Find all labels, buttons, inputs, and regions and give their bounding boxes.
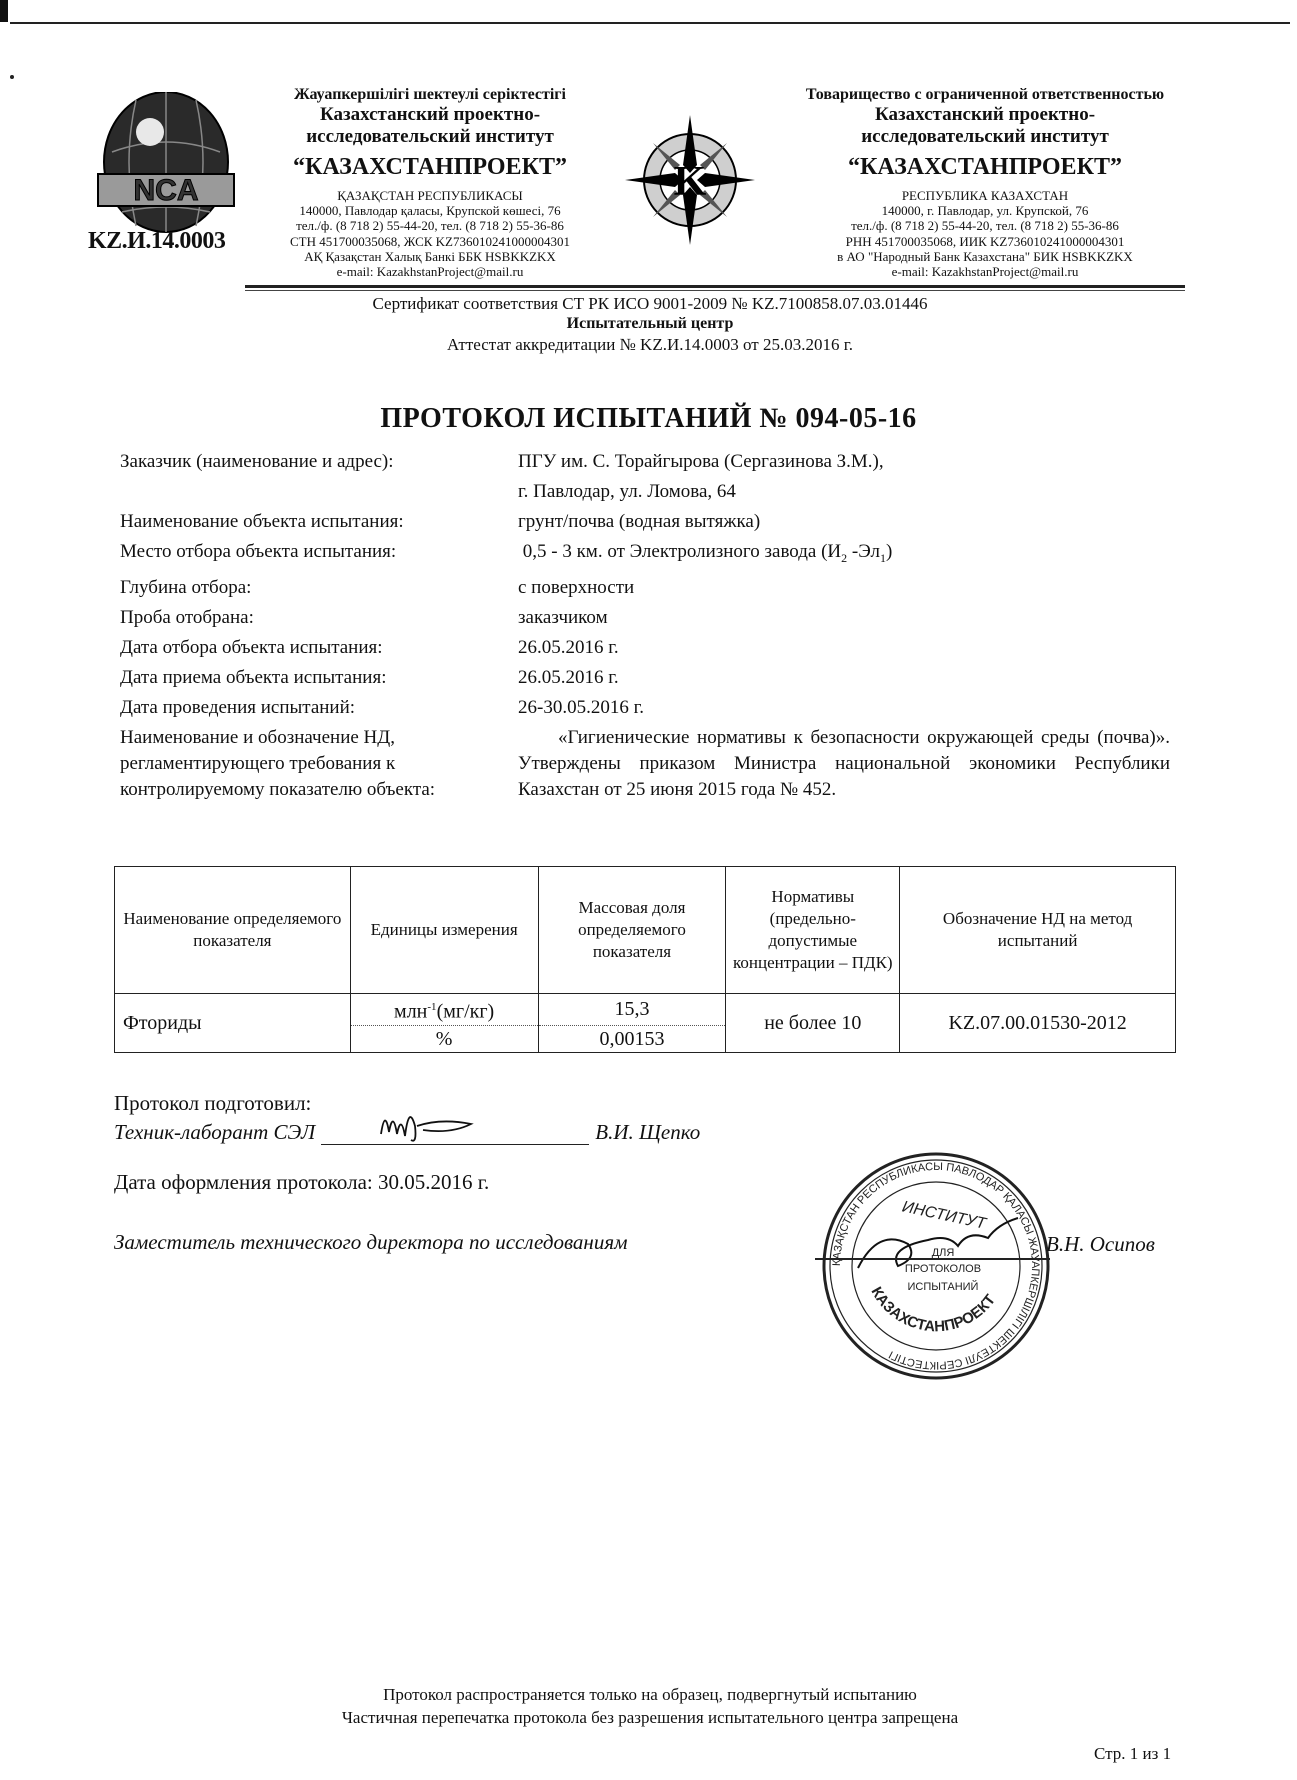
bank: АҚ Қазақстан Халық Банкі ББК HSBKKZKX [250,249,610,264]
field-sampling-date: Дата отбора объекта испытания: 26.05.201… [120,633,1170,663]
field-value: 0,5 - 3 км. от Электролизного завода (И2… [518,537,1170,573]
email: e-mail: KazakhstanProject@mail.ru [250,264,610,279]
col-header-norms: Нормативы (предельно-допустимые концентр… [726,867,900,994]
field-label: Дата отбора объекта испытания: [120,633,518,663]
field-customer: Заказчик (наименование и адрес): ПГУ им.… [120,447,1170,507]
field-value: ПГУ им. С. Торайгырова (Сергазинова З.М.… [518,447,1170,477]
org-type-kz: Жауапкершілігі шектеулі серіктестігі [250,86,610,104]
certificate-line: Сертификат соответствия СТ РК ИСО 9001-2… [200,293,1100,314]
field-normative-document: Наименование и обозначение НД, регламент… [120,725,1170,803]
technician-name: В.И. Щепко [595,1120,700,1145]
cell-norm: не более 10 [726,994,900,1053]
tax-ids: РНН 451700035068, ИИК KZ7360102410000043… [765,234,1205,249]
field-label: Заказчик (наименование и адрес): [120,447,518,507]
page-number: Стр. 1 из 1 [1094,1744,1171,1764]
handwritten-signature-icon [371,1104,481,1146]
country: РЕСПУБЛИКА КАЗАХСТАН [765,188,1205,203]
compass-k-logo-icon: K [625,115,755,245]
deputy-role: Заместитель технического директора по ис… [114,1230,628,1255]
scan-top-edge [10,22,1290,24]
field-value: грунт/почва (водная вытяжка) [518,507,1170,537]
cell-value-percent: 0,00153 [538,1025,726,1052]
footer-line-1: Протокол распространяется только на обра… [200,1684,1100,1707]
signature-underline [321,1118,589,1145]
cell-unit-percent: % [350,1025,538,1052]
phones: тел./ф. (8 718 2) 55-44-20, тел. (8 718 … [250,218,610,233]
globe-logo-icon: NCA [92,92,240,240]
cell-method: KZ.07.00.01530-2012 [900,994,1176,1053]
bank: в АО "Народный Банк Казахстана" БИК HSBK… [765,249,1205,264]
org-brand: “КАЗАХСТАНПРОЕКТ” [250,154,610,182]
cell-unit-mgkg: млн-1(мг/кг) [350,994,538,1026]
field-sampled-by: Проба отобрана: заказчиком [120,603,1170,633]
country: ҚАЗАҚСТАН РЕСПУБЛИКАСЫ [250,188,610,203]
field-testing-dates: Дата проведения испытаний: 26-30.05.2016… [120,693,1170,723]
svg-text:ИНСТИТУТ: ИНСТИТУТ [901,1198,989,1233]
col-header-mass-fraction: Массовая доля определяемого показателя [538,867,726,994]
field-value: 26.05.2016 г. [518,663,1170,693]
table-header-row: Наименование определяемого показателя Ед… [115,867,1176,994]
certificate-block: Сертификат соответствия СТ РК ИСО 9001-2… [200,293,1100,356]
field-object-name: Наименование объекта испытания: грунт/по… [120,507,1170,537]
col-header-method: Обозначение НД на метод испытаний [900,867,1176,994]
field-value: 26-30.05.2016 г. [518,693,1170,723]
field-receipt-date: Дата приема объекта испытания: 26.05.201… [120,663,1170,693]
org-type-ru: Товарищество с ограниченной ответственно… [765,86,1205,104]
org-name-line1: Казахстанский проектно- [250,104,610,126]
deputy-name: В.Н. Осипов [1046,1232,1155,1257]
test-center-label: Испытательный центр [200,314,1100,334]
field-value-address: г. Павлодар, ул. Ломова, 64 [518,477,1170,507]
org-name-line2: исследовательский институт [250,126,610,148]
col-header-indicator: Наименование определяемого показателя [115,867,351,994]
page-title: ПРОТОКОЛ ИСПЫТАНИЙ № 094-05-16 [0,403,1297,435]
field-label: Наименование объекта испытания: [120,507,518,537]
protocol-fields: Заказчик (наименование и адрес): ПГУ им.… [120,447,1170,803]
cell-indicator: Фториды [115,994,351,1053]
scan-speck [10,75,14,79]
cell-value-mgkg: 15,3 [538,994,726,1026]
field-value: «Гигиенические нормативы к безопасности … [518,725,1170,803]
field-depth: Глубина отбора: с поверхности [120,573,1170,603]
scan-corner-mark [0,0,8,22]
deputy-signature-line [815,1258,1050,1260]
field-label: Наименование и обозначение НД, регламент… [120,725,455,803]
field-value: заказчиком [518,603,1170,633]
header-divider [245,285,1185,291]
org-brand: “КАЗАХСТАНПРОЕКТ” [765,154,1205,182]
svg-text:ИСПЫТАНИЙ: ИСПЫТАНИЙ [908,1280,979,1293]
address: 140000, Павлодар қаласы, Крупской көшесі… [250,203,610,218]
tax-ids: СТН 451700035068, ЖСК KZ7360102410000043… [250,234,610,249]
field-sampling-place: Место отбора объекта испытания: 0,5 - 3 … [120,537,1170,573]
results-table: Наименование определяемого показателя Ед… [114,866,1176,1053]
phones: тел./ф. (8 718 2) 55-44-20, тел. (8 718 … [765,218,1205,233]
email: e-mail: KazakhstanProject@mail.ru [765,264,1205,279]
footer-line-2: Частичная перепечатка протокола без разр… [200,1707,1100,1730]
field-value: 26.05.2016 г. [518,633,1170,663]
field-label: Дата проведения испытаний: [120,693,518,723]
field-label: Проба отобрана: [120,603,518,633]
field-label: Глубина отбора: [120,573,518,603]
footer-notice: Протокол распространяется только на обра… [200,1684,1100,1730]
round-seal-stamp-icon: ҚАЗАҚСТАН РЕСПУБЛИКАСЫ ПАВЛОДАР ҚАЛАСЫ Ж… [818,1148,1054,1384]
field-label: Дата приема объекта испытания: [120,663,518,693]
svg-text:ПРОТОКОЛОВ: ПРОТОКОЛОВ [905,1263,981,1275]
org-name-line1: Казахстанский проектно- [765,104,1205,126]
accreditation-code: KZ.И.14.0003 [88,228,225,255]
header-left-kazakh: Жауапкершілігі шектеулі серіктестігі Каз… [250,86,610,280]
svg-text:K: K [674,159,707,205]
technician-role: Техник-лаборант СЭЛ [114,1120,315,1145]
field-label: Место отбора объекта испытания: [120,537,518,573]
address: 140000, г. Павлодар, ул. Крупской, 76 [765,203,1205,218]
technician-signature-line: Техник-лаборант СЭЛ В.И. Щепко [114,1118,700,1145]
issue-date: Дата оформления протокола: 30.05.2016 г. [114,1170,489,1195]
field-value: с поверхности [518,573,1170,603]
svg-text:NCA: NCA [134,174,199,207]
accreditation-line: Аттестат аккредитации № KZ.И.14.0003 от … [200,334,1100,355]
prepared-by-label: Протокол подготовил: [114,1088,311,1118]
header-right-russian: Товарищество с ограниченной ответственно… [765,86,1205,280]
table-row: Фториды млн-1(мг/кг) 15,3 не более 10 KZ… [115,994,1176,1026]
org-name-line2: исследовательский институт [765,126,1205,148]
col-header-units: Единицы измерения [350,867,538,994]
